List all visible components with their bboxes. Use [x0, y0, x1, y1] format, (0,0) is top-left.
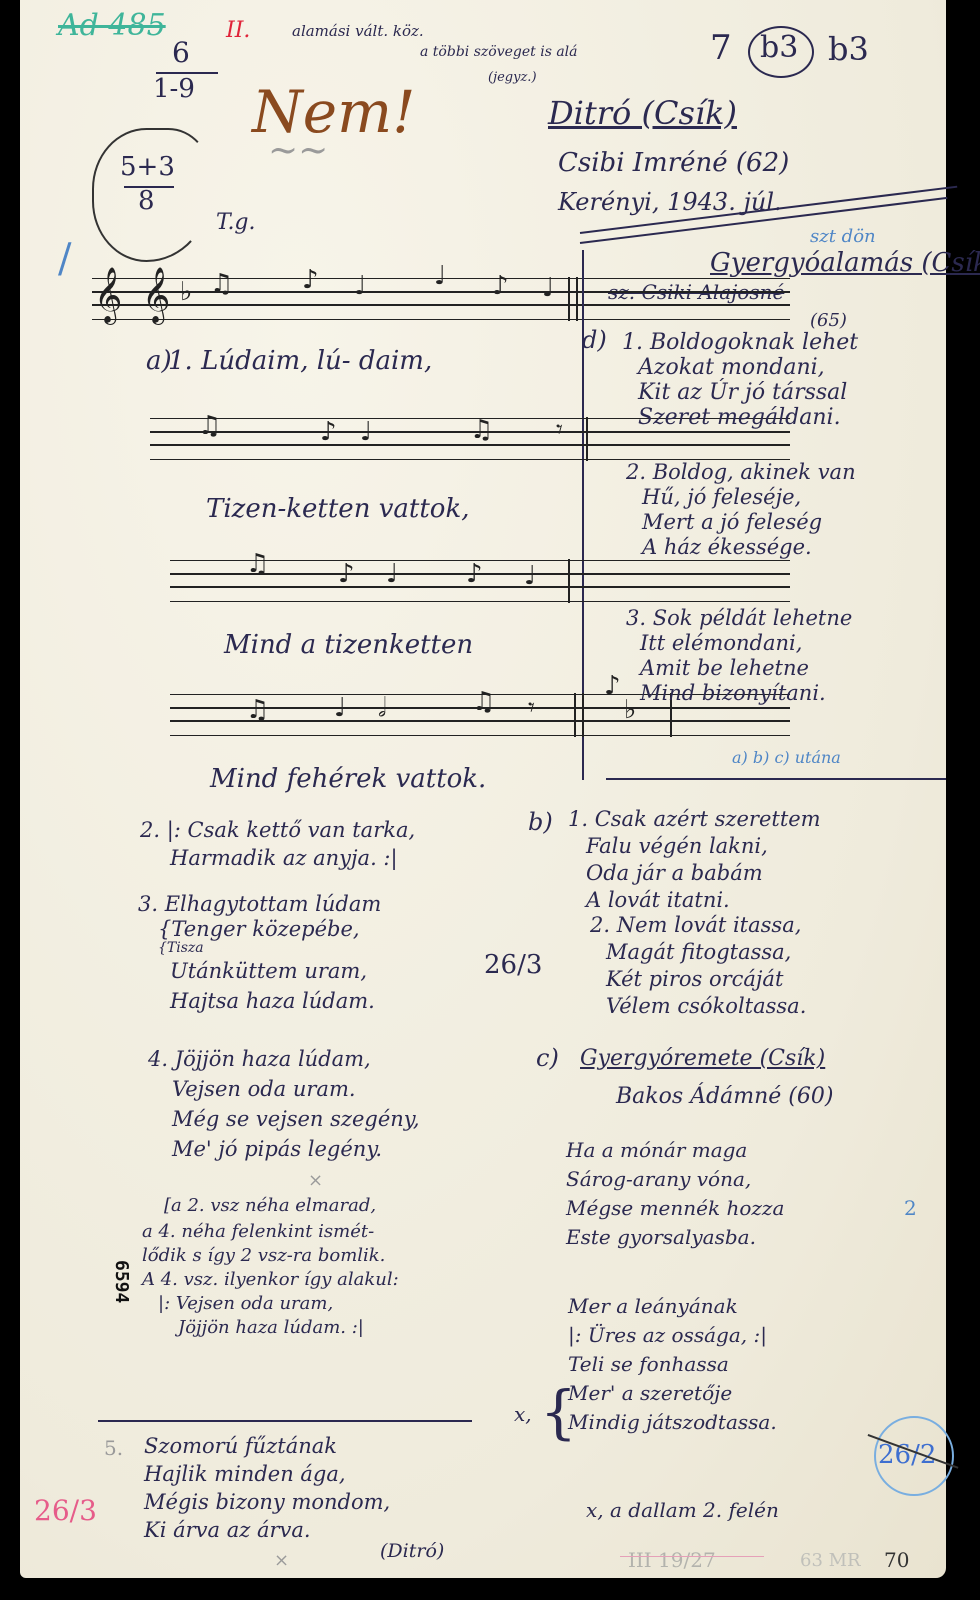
song-c-singer: Bakos Ádámné (60): [616, 1084, 833, 1109]
ref-bottom-left: 26/3: [34, 1494, 97, 1527]
verse-line: A ház ékessége.: [626, 535, 856, 560]
roman-mark: II.: [226, 18, 250, 43]
verse-line: Szeret megáldani.: [622, 405, 858, 430]
song-d-singer-age: (65): [810, 310, 847, 331]
staff-range: 𝄞 𝄞 ♭ ♫ ♪ ♩ ♩ ♪ ♩: [92, 278, 592, 320]
song-b-label: b): [528, 808, 553, 836]
song-order-note: a) b) c) utána: [732, 748, 841, 767]
stamp-number: 6594: [111, 1260, 132, 1303]
verse-line: Itt elémondani,: [626, 631, 852, 656]
verse-line: 1. Boldogoknak lehet: [622, 330, 858, 355]
verse-line: Hű, jó feleséje,: [626, 485, 856, 510]
verse-line: Kit az Úr jó társsal: [622, 380, 858, 405]
catalog-prefix: 7: [710, 28, 732, 68]
flat-icon: ♭: [180, 279, 192, 305]
note-icon: ♩: [434, 263, 446, 289]
verse-line: A lovát itatni.: [568, 887, 821, 914]
fraction-bottom: 1-9: [153, 74, 195, 104]
pink-strike: [620, 1556, 764, 1557]
song-b-verse-2: 2. Nem lovát itassa, Magát fitogtassa, K…: [590, 912, 806, 1020]
verse-line: 3. Elhagytottam lúdam: [138, 890, 381, 918]
remark-line: A 4. vsz. ilyenkor így alakul:: [142, 1268, 399, 1292]
verse-line: Falu végén lakni,: [568, 833, 821, 860]
barline: [586, 417, 588, 461]
song-c-title: Gyergyóremete (Csík): [580, 1046, 825, 1071]
bottom-pencil-mark-2: 63 MR: [800, 1550, 861, 1571]
note-icon: ♪: [320, 419, 337, 445]
verse-line: Magát fitogtassa,: [590, 939, 806, 966]
note-icon: ♩: [354, 273, 366, 299]
tempo-mark: T.g.: [216, 210, 256, 235]
verse-line: 3. Sok példát lehetne: [626, 606, 852, 631]
bottom-pencil-mark-1: III 19/27: [628, 1548, 716, 1572]
remark-line: |: Vejsen oda uram,: [142, 1292, 399, 1316]
verse-line: Két piros orcáját: [590, 966, 806, 993]
note-icon: ♫: [470, 417, 493, 443]
note-icon: ♩: [524, 563, 536, 589]
note-icon: ♫: [210, 271, 233, 297]
note-icon: ♫: [246, 551, 269, 577]
note-icon: ♩: [542, 275, 554, 301]
verse-line: Ki árva az árva.: [144, 1516, 390, 1544]
song-a-verse-3: 3. Elhagytottam lúdam {Tenger közepébe, …: [138, 890, 381, 1016]
verse-line: Mer a leányának: [568, 1292, 777, 1321]
song-a-label: a): [146, 346, 172, 376]
verse5-number: 5.: [104, 1436, 123, 1460]
meter-bottom: 8: [138, 186, 155, 216]
editor-note-line2: a többi szöveget is alá: [420, 44, 578, 60]
verse-line: 2. |: Csak kettő van tarka,: [140, 816, 415, 844]
lyric-text: 1. Lúdaim, lú- daim,: [168, 346, 432, 376]
song-b-verse-1: 1. Csak azért szerettem Falu végén lakni…: [568, 806, 821, 914]
note-icon: ♪: [466, 561, 483, 587]
verse-line: Még se vejsen szegény,: [148, 1104, 420, 1134]
song-a-verse-5: Szomorú fűztának Hajlik minden ága, Mégi…: [144, 1432, 390, 1544]
remark-line: lődik s így 2 vsz-ra bomlik.: [142, 1244, 399, 1268]
brace-icon: {: [540, 1378, 577, 1446]
verse-line: Oda jár a babám: [568, 860, 821, 887]
singer-name: Csibi Imréné (62): [558, 148, 789, 178]
note-icon: ♩: [360, 419, 372, 445]
song-d-verse-2: 2. Boldog, akinek van Hű, jó feleséje, M…: [626, 460, 856, 560]
blue-small-mark: 2: [904, 1196, 917, 1220]
song-d-verse-1: 1. Boldogoknak lehet Azokat mondani, Kit…: [622, 330, 858, 430]
archive-id-text: Ad 485: [58, 8, 166, 43]
treble-clef-icon: 𝄞: [142, 271, 170, 319]
verse-line: 2. Boldog, akinek van: [626, 460, 856, 485]
song-a-lyric-4: Mind fehérek vattok.: [210, 764, 486, 794]
note-icon: ♫: [246, 697, 269, 723]
verse-line: 2. Nem lovát itassa,: [590, 912, 806, 939]
verse-line: Utánküttem uram,: [138, 956, 381, 986]
verse-line: Mégis bizony mondom,: [144, 1488, 390, 1516]
verse-line: Ha a mónár maga: [566, 1136, 784, 1165]
song-c-label: c): [536, 1044, 559, 1072]
barline: [568, 277, 570, 321]
pencil-scribble: ~~: [268, 130, 328, 171]
staff-line-2: ♫ ♪ ♩ ♪ ♩: [170, 560, 590, 602]
verse5-source: (Ditró): [380, 1540, 444, 1562]
ref-mid-left: 26/3: [484, 950, 542, 980]
verse-line: 4. Jöjjön haza lúdam,: [148, 1044, 420, 1074]
verse-line: Mer' a szeretője: [568, 1379, 777, 1408]
bottom-number: 70: [884, 1548, 909, 1572]
staff-empty: [590, 560, 790, 602]
rest-icon: 𝄾: [528, 695, 535, 721]
remark-line: Jöjjön haza lúdam. :|: [142, 1316, 399, 1340]
section-rule: [606, 778, 946, 780]
remark-line: [a 2. vsz néha elmarad,: [142, 1192, 399, 1220]
verse-line: Sárog-arany vóna,: [566, 1165, 784, 1194]
verse-line: Mert a jó feleség: [626, 510, 856, 535]
staff-line-1: ♫ ♪ ♩ ♫ 𝄾: [150, 418, 590, 460]
note-icon: ♫: [472, 689, 495, 715]
song-a-verse-2: 2. |: Csak kettő van tarka, Harmadik az …: [140, 816, 415, 872]
song-a-remark: [a 2. vsz néha elmarad, a 4. néha felenk…: [142, 1192, 399, 1340]
verse-line: Me' jó pipás legény.: [148, 1134, 420, 1164]
note-icon: ♫: [198, 413, 221, 439]
verse-line: Vélem csókoltassa.: [590, 993, 806, 1020]
song-c-stanza-1: Ha a mónár maga Sárog-arany vóna, Mégse …: [566, 1136, 784, 1252]
verse-line: Este gyorsalyasba.: [566, 1223, 784, 1252]
note-icon: ♪: [604, 673, 621, 699]
song-d-verse-3: 3. Sok példát lehetne Itt elémondani, Am…: [626, 606, 852, 706]
song-a-lyric-3: Mind a tizenketten: [224, 630, 473, 660]
verse-line: Harmadik az anyja. :|: [140, 844, 415, 872]
verse-line: Vejsen oda uram.: [148, 1074, 420, 1104]
pencil-cross: ×: [274, 1550, 289, 1571]
song-c-footnote: x, a dallam 2. felén: [586, 1498, 779, 1522]
verse-line: Azokat mondani,: [622, 355, 858, 380]
verse-line: Amit be lehetne: [626, 656, 852, 681]
verse-line: Mindig játszodtassa.: [568, 1408, 777, 1437]
editor-note-line3: (jegyz.): [488, 70, 537, 85]
fraction-top: 6: [172, 36, 190, 69]
song-a-lyric-2: Tizen-ketten vattok,: [206, 494, 469, 524]
song-a-verse-4: 4. Jöjjön haza lúdam, Vejsen oda uram. M…: [148, 1044, 420, 1164]
verse-line: {Tisza: [138, 940, 381, 956]
note-icon: 𝅗𝅥: [378, 695, 386, 721]
brace-mark: x,: [514, 1402, 532, 1426]
blue-place-note: szt dön: [810, 226, 876, 247]
verse-line: |: Üres az ossága, :|: [568, 1321, 777, 1350]
place-title: Ditró (Csík): [548, 94, 737, 132]
catalog-circled: b3: [760, 30, 798, 65]
verse-line: Mind bizonyítani.: [626, 681, 852, 706]
verse-line: {Tenger közepébe,: [138, 918, 381, 940]
pencil-cross: ×: [308, 1170, 323, 1191]
verse-line: Hajtsa haza lúdam.: [138, 986, 381, 1016]
song-d-title: Gyergyóalamás (Csík): [710, 248, 980, 278]
editor-note-line1: alamási vált. köz.: [292, 22, 424, 40]
song-a-lyric-1: 1. Lúdaim, lú- daim,: [168, 346, 432, 376]
blue-slash-mark: /: [58, 236, 71, 282]
staff-line-3: ♫ ♩ 𝅗𝅥 ♫ 𝄾: [170, 694, 590, 736]
verse-line: Hajlik minden ága,: [144, 1460, 390, 1488]
section-rule: [98, 1420, 472, 1422]
barline: [574, 693, 576, 737]
catalog-suffix: b3: [828, 30, 869, 68]
note-icon: ♩: [386, 561, 398, 587]
treble-clef-icon: 𝄞: [94, 271, 122, 319]
barline: [568, 559, 570, 603]
verse-line: 1. Csak azért szerettem: [568, 806, 821, 833]
song-c-stanza-2: Mer a leányának |: Üres az ossága, :| Te…: [568, 1292, 777, 1437]
note-icon: ♪: [302, 267, 319, 293]
staff-empty: [590, 278, 790, 320]
archive-id: Ad 485: [58, 8, 166, 43]
note-icon: ♩: [334, 695, 346, 721]
note-icon: ♪: [338, 561, 355, 587]
barline: [582, 693, 584, 737]
barline: [576, 277, 578, 321]
manuscript-page: Ad 485 II. 6 1-9 Nem! ~~ alamási vált. k…: [20, 0, 946, 1578]
meter-top: 5+3: [120, 152, 175, 182]
rest-icon: 𝄾: [556, 417, 563, 443]
verse-line: Mégse mennék hozza: [566, 1194, 784, 1223]
note-icon: ♪: [492, 273, 509, 299]
song-d-label: d): [582, 326, 607, 354]
verse-line: Teli se fonhassa: [568, 1350, 777, 1379]
verse-line: Szomorú fűztának: [144, 1432, 390, 1460]
remark-line: a 4. néha felenkint ismét-: [142, 1220, 399, 1244]
